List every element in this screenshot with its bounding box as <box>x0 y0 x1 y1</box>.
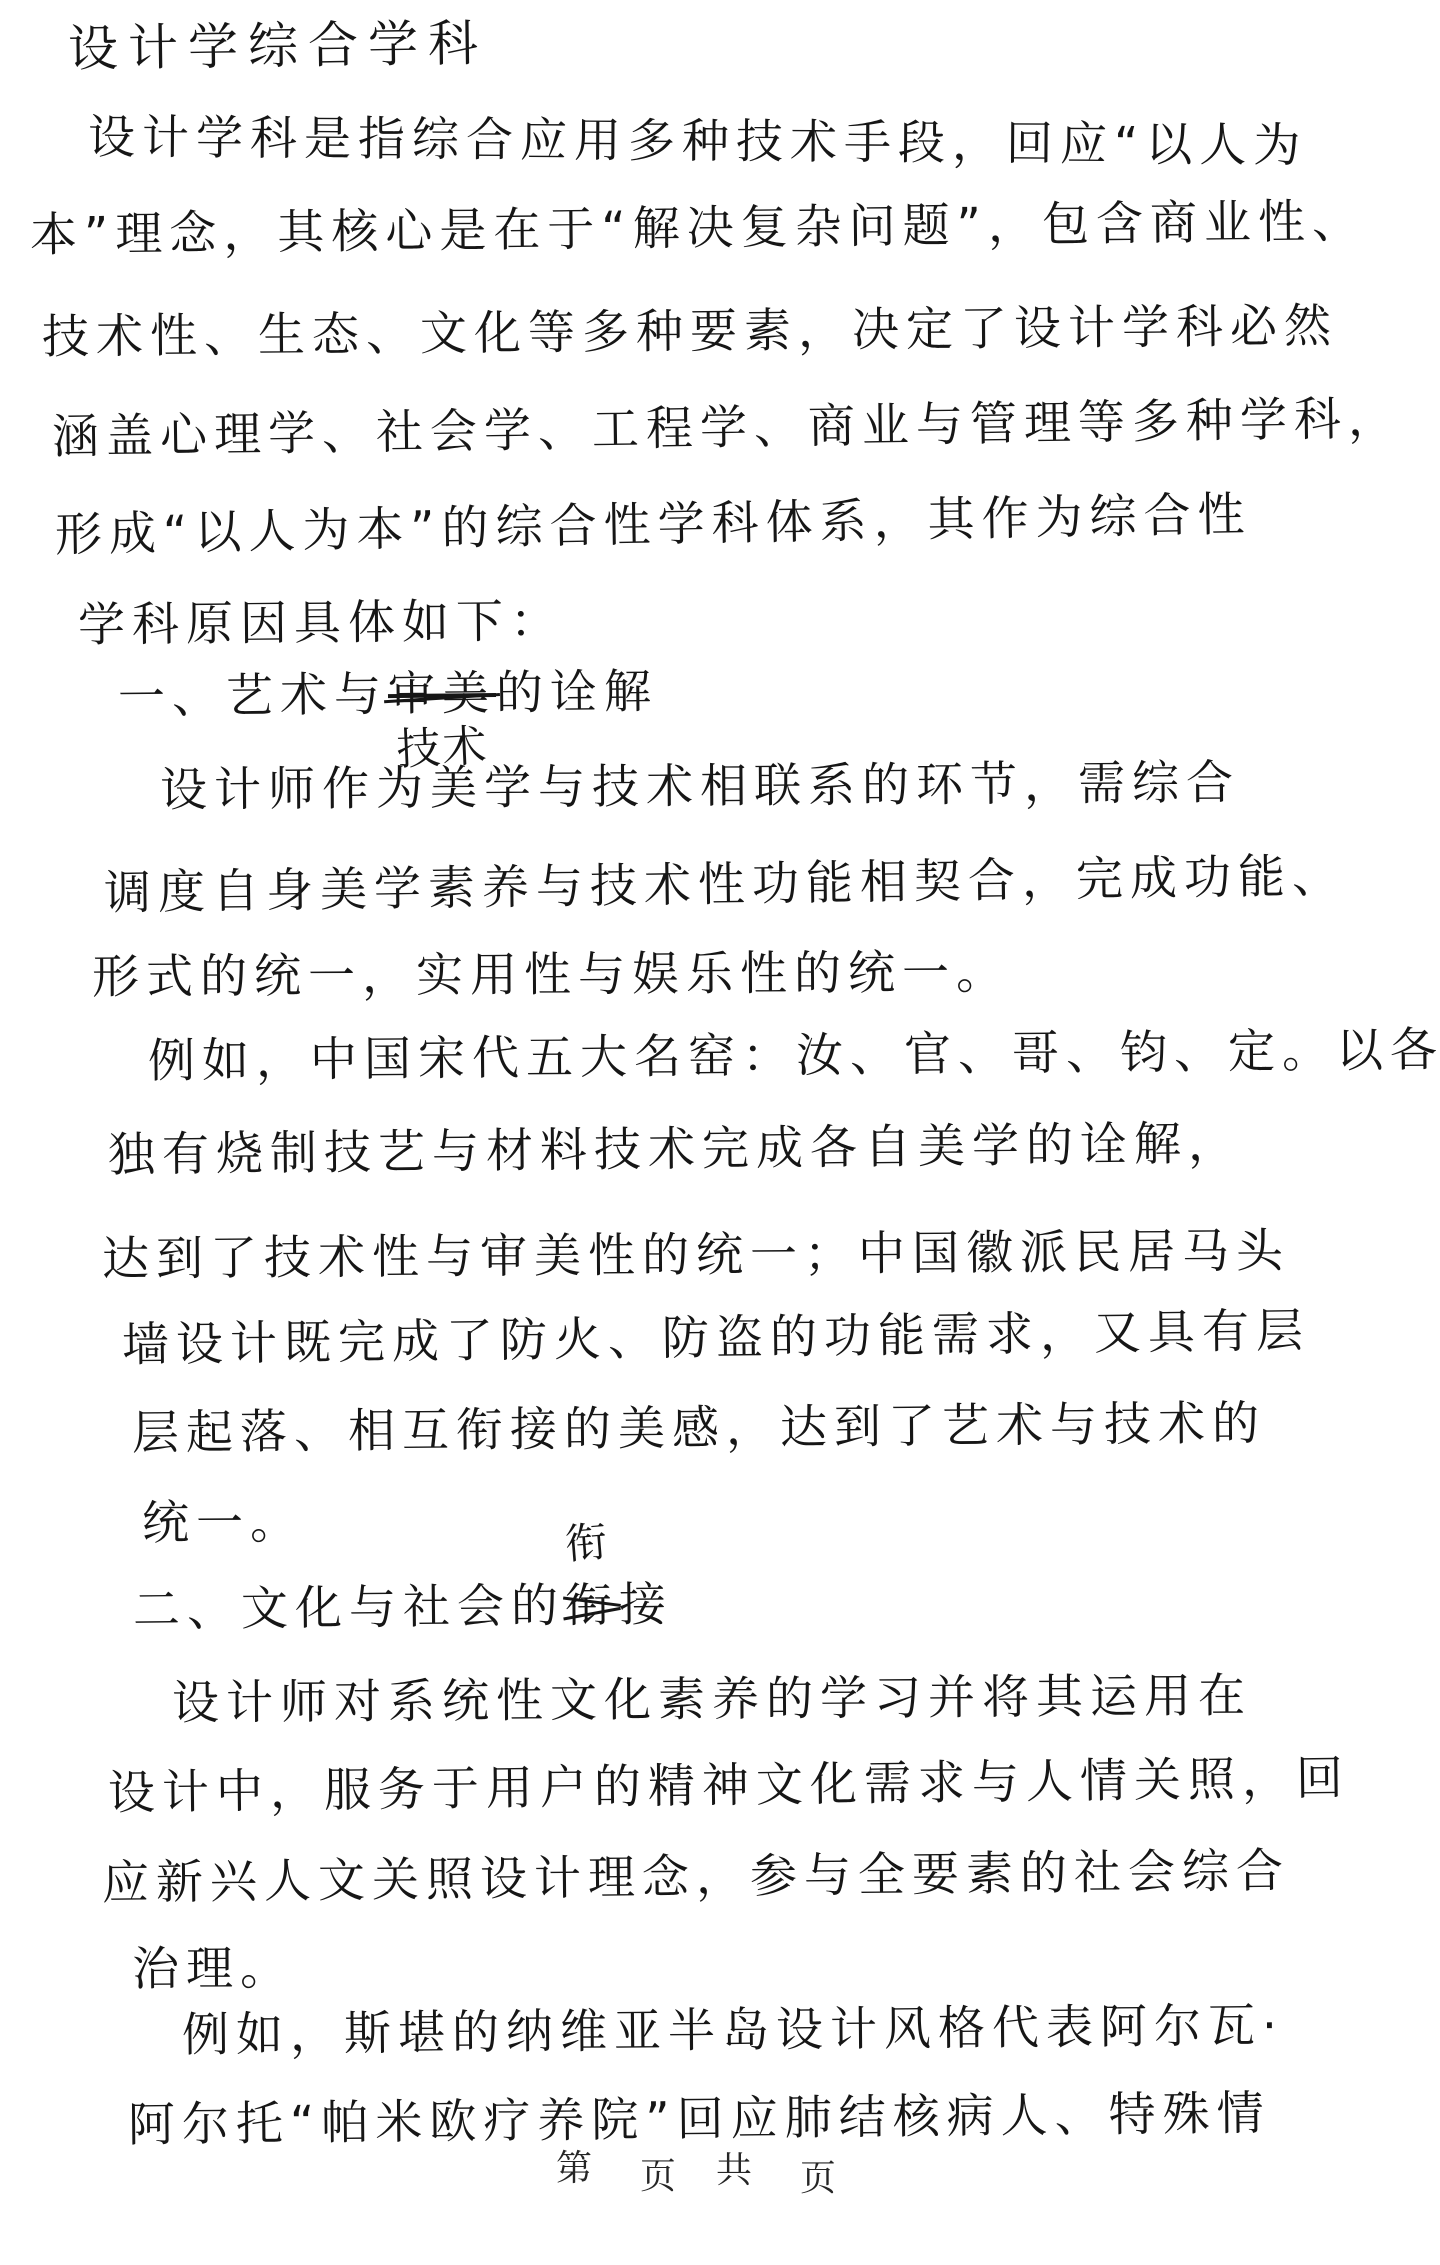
document-title: 设计学综合学科 <box>68 16 489 77</box>
text-line: 统一。 <box>142 1497 304 1550</box>
text-line: 阿尔托“帕米欧疗养院”回应肺结核病人、特殊情 <box>128 2088 1271 2152</box>
text-line: 墙设计既完成了防火、防盗的功能需求，又具有层 <box>122 1305 1311 1371</box>
section-heading-2: 二、文化与社会的衔衔接 <box>133 1579 674 1636</box>
struck-text: 审美 <box>388 668 497 721</box>
heading2-prefix: 二、文化与社会的 <box>133 1578 566 1638</box>
heading1-prefix: 一、艺术与 <box>118 667 389 725</box>
text-line: 形式的统一，实用性与娱乐性的统一。 <box>92 947 1010 1003</box>
heading2-suffix: 接 <box>619 1577 674 1633</box>
text-line: 独有烧制技艺与材料技术完成各自美学的诠解， <box>108 1118 1242 1182</box>
text-line: 调度自身美学素养与技术性功能相契合，完成功能、 <box>104 851 1347 920</box>
text-line: 应新兴人文关照设计理念，参与全要素的社会综合 <box>102 1846 1290 1910</box>
text-line: 涵盖心理学、社会学、工程学、商业与管理等多种学科， <box>52 393 1403 464</box>
footer-page-label: 页 <box>640 2148 676 2199</box>
text-line: 技术性、生态、文化等多种要素，决定了设计学科必然 <box>42 301 1338 364</box>
text-line: 本”理念，其核心是在于“解决复杂问题”，包含商业性、 <box>30 196 1367 262</box>
text-line: 设计学科是指综合应用多种技术手段，回应“以人为 <box>88 112 1308 172</box>
heading1-suffix: 的诠解 <box>496 664 659 721</box>
text-line: 治理。 <box>132 1943 294 1996</box>
footer-gong-label: 共 <box>716 2142 752 2193</box>
handwritten-page: 设计学综合学科 设计学科是指综合应用多种技术手段，回应“以人为 本”理念，其核心… <box>0 0 1440 2265</box>
text-line: 设计师作为美学与技术相联系的环节，需综合 <box>160 757 1240 816</box>
text-line: 层起落、相互衔接的美感，达到了艺术与技术的 <box>132 1398 1266 1460</box>
replacement-text-above: 衔 <box>563 1519 609 1568</box>
text-line: 设计中，服务于用户的精神文化需求与人情关照，回 <box>108 1753 1351 1820</box>
text-line: 例如，中国宋代五大名窑：汝、官、哥、钧、定。以各自 <box>148 1024 1440 1087</box>
text-line: 设计师对系统性文化素养的学习并将其运用在 <box>172 1670 1252 1729</box>
text-line: 形成“以人为本”的综合性学科体系，其作为综合性 <box>55 489 1252 562</box>
strikethrough-correction: 审美技术 <box>388 668 497 721</box>
text-line: 学科原因具体如下： <box>78 596 564 652</box>
text-line: 例如，斯堪的纳维亚半岛设计风格代表阿尔瓦· <box>182 2000 1284 2061</box>
overwrite-correction: 衔衔 <box>565 1580 620 1632</box>
section-heading-1: 一、艺术与审美技术的诠解 <box>118 666 659 723</box>
footer-di-label: 第 <box>556 2140 592 2191</box>
scribbled-text: 衔 <box>565 1580 620 1632</box>
text-line: 达到了技术性与审美性的统一；中国徽派民居马头 <box>102 1226 1290 1286</box>
footer-page-label: 页 <box>800 2150 836 2201</box>
